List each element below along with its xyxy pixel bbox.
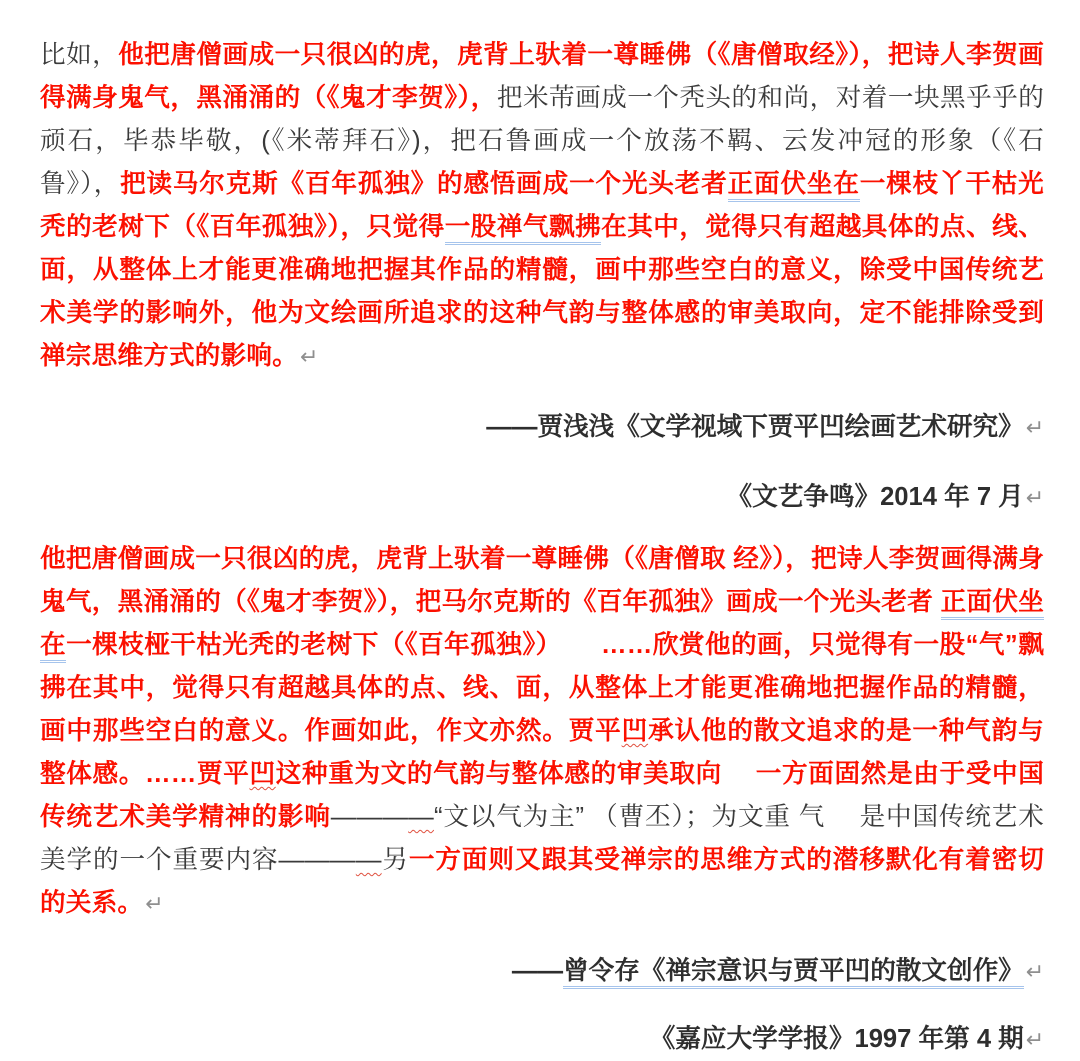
text-segment: 比如，: [40, 41, 118, 69]
quote-paragraph-1: 比如，他把唐僧画成一只很凶的虎，虎背上驮着一尊睡佛（《唐僧取经》），把诗人李贺画…: [40, 34, 1044, 378]
text-segment: ———: [331, 803, 408, 831]
quote-paragraph-2: 他把唐僧画成一只很凶的虎，虎背上驮着一尊睡佛（《唐僧取 经》），把诗人李贺画得满…: [40, 538, 1044, 925]
attribution-1: ——贾浅浅《文学视域下贾平凹绘画艺术研究》↵: [40, 406, 1044, 449]
text-segment: —: [408, 803, 434, 831]
document-page: 比如，他把唐僧画成一只很凶的虎，虎背上驮着一尊睡佛（《唐僧取经》），把诗人李贺画…: [0, 0, 1080, 1061]
text-segment: 正面伏坐在: [728, 170, 860, 202]
text-segment: 《嘉应大学学报》1997 年第 4 期: [650, 1025, 1024, 1053]
text-segment: 他把唐僧画成一只很凶的虎，虎背上驮着一尊睡佛（《唐僧取 经》），把诗人李贺画得满…: [40, 545, 1044, 616]
text-segment: 把读马尔克斯《百年孤独》的感悟画成一个光头老者: [120, 170, 728, 198]
paragraph-mark: ↵: [1024, 415, 1044, 440]
paragraph-mark: ↵: [1024, 959, 1044, 984]
paragraph-mark: ↵: [298, 344, 318, 369]
text-segment: 一股禅气飘拂: [445, 213, 601, 245]
text-segment: 另: [382, 846, 409, 874]
text-segment: 凹: [249, 760, 275, 788]
attribution-3: ——曾令存《禅宗意识与贾平凹的散文创作》↵: [40, 950, 1044, 993]
text-segment: 曾令存《禅宗意识与贾平凹的散文创作》: [563, 957, 1024, 989]
text-segment: ——: [512, 957, 563, 985]
text-segment: ——贾浅浅《文学视域下贾平凹绘画艺术研究》: [486, 413, 1023, 441]
paragraph-mark: ↵: [1024, 1027, 1044, 1052]
text-segment: 凹: [622, 717, 648, 745]
paragraph-mark: ↵: [1024, 485, 1044, 510]
attribution-2: 《文艺争鸣》2014 年 7 月↵: [40, 476, 1044, 519]
paragraph-mark: ↵: [143, 891, 163, 916]
text-segment: —: [356, 846, 382, 874]
text-segment: 《文艺争鸣》2014 年 7 月: [727, 483, 1024, 511]
attribution-4: 《嘉应大学学报》1997 年第 4 期↵: [40, 1018, 1044, 1061]
